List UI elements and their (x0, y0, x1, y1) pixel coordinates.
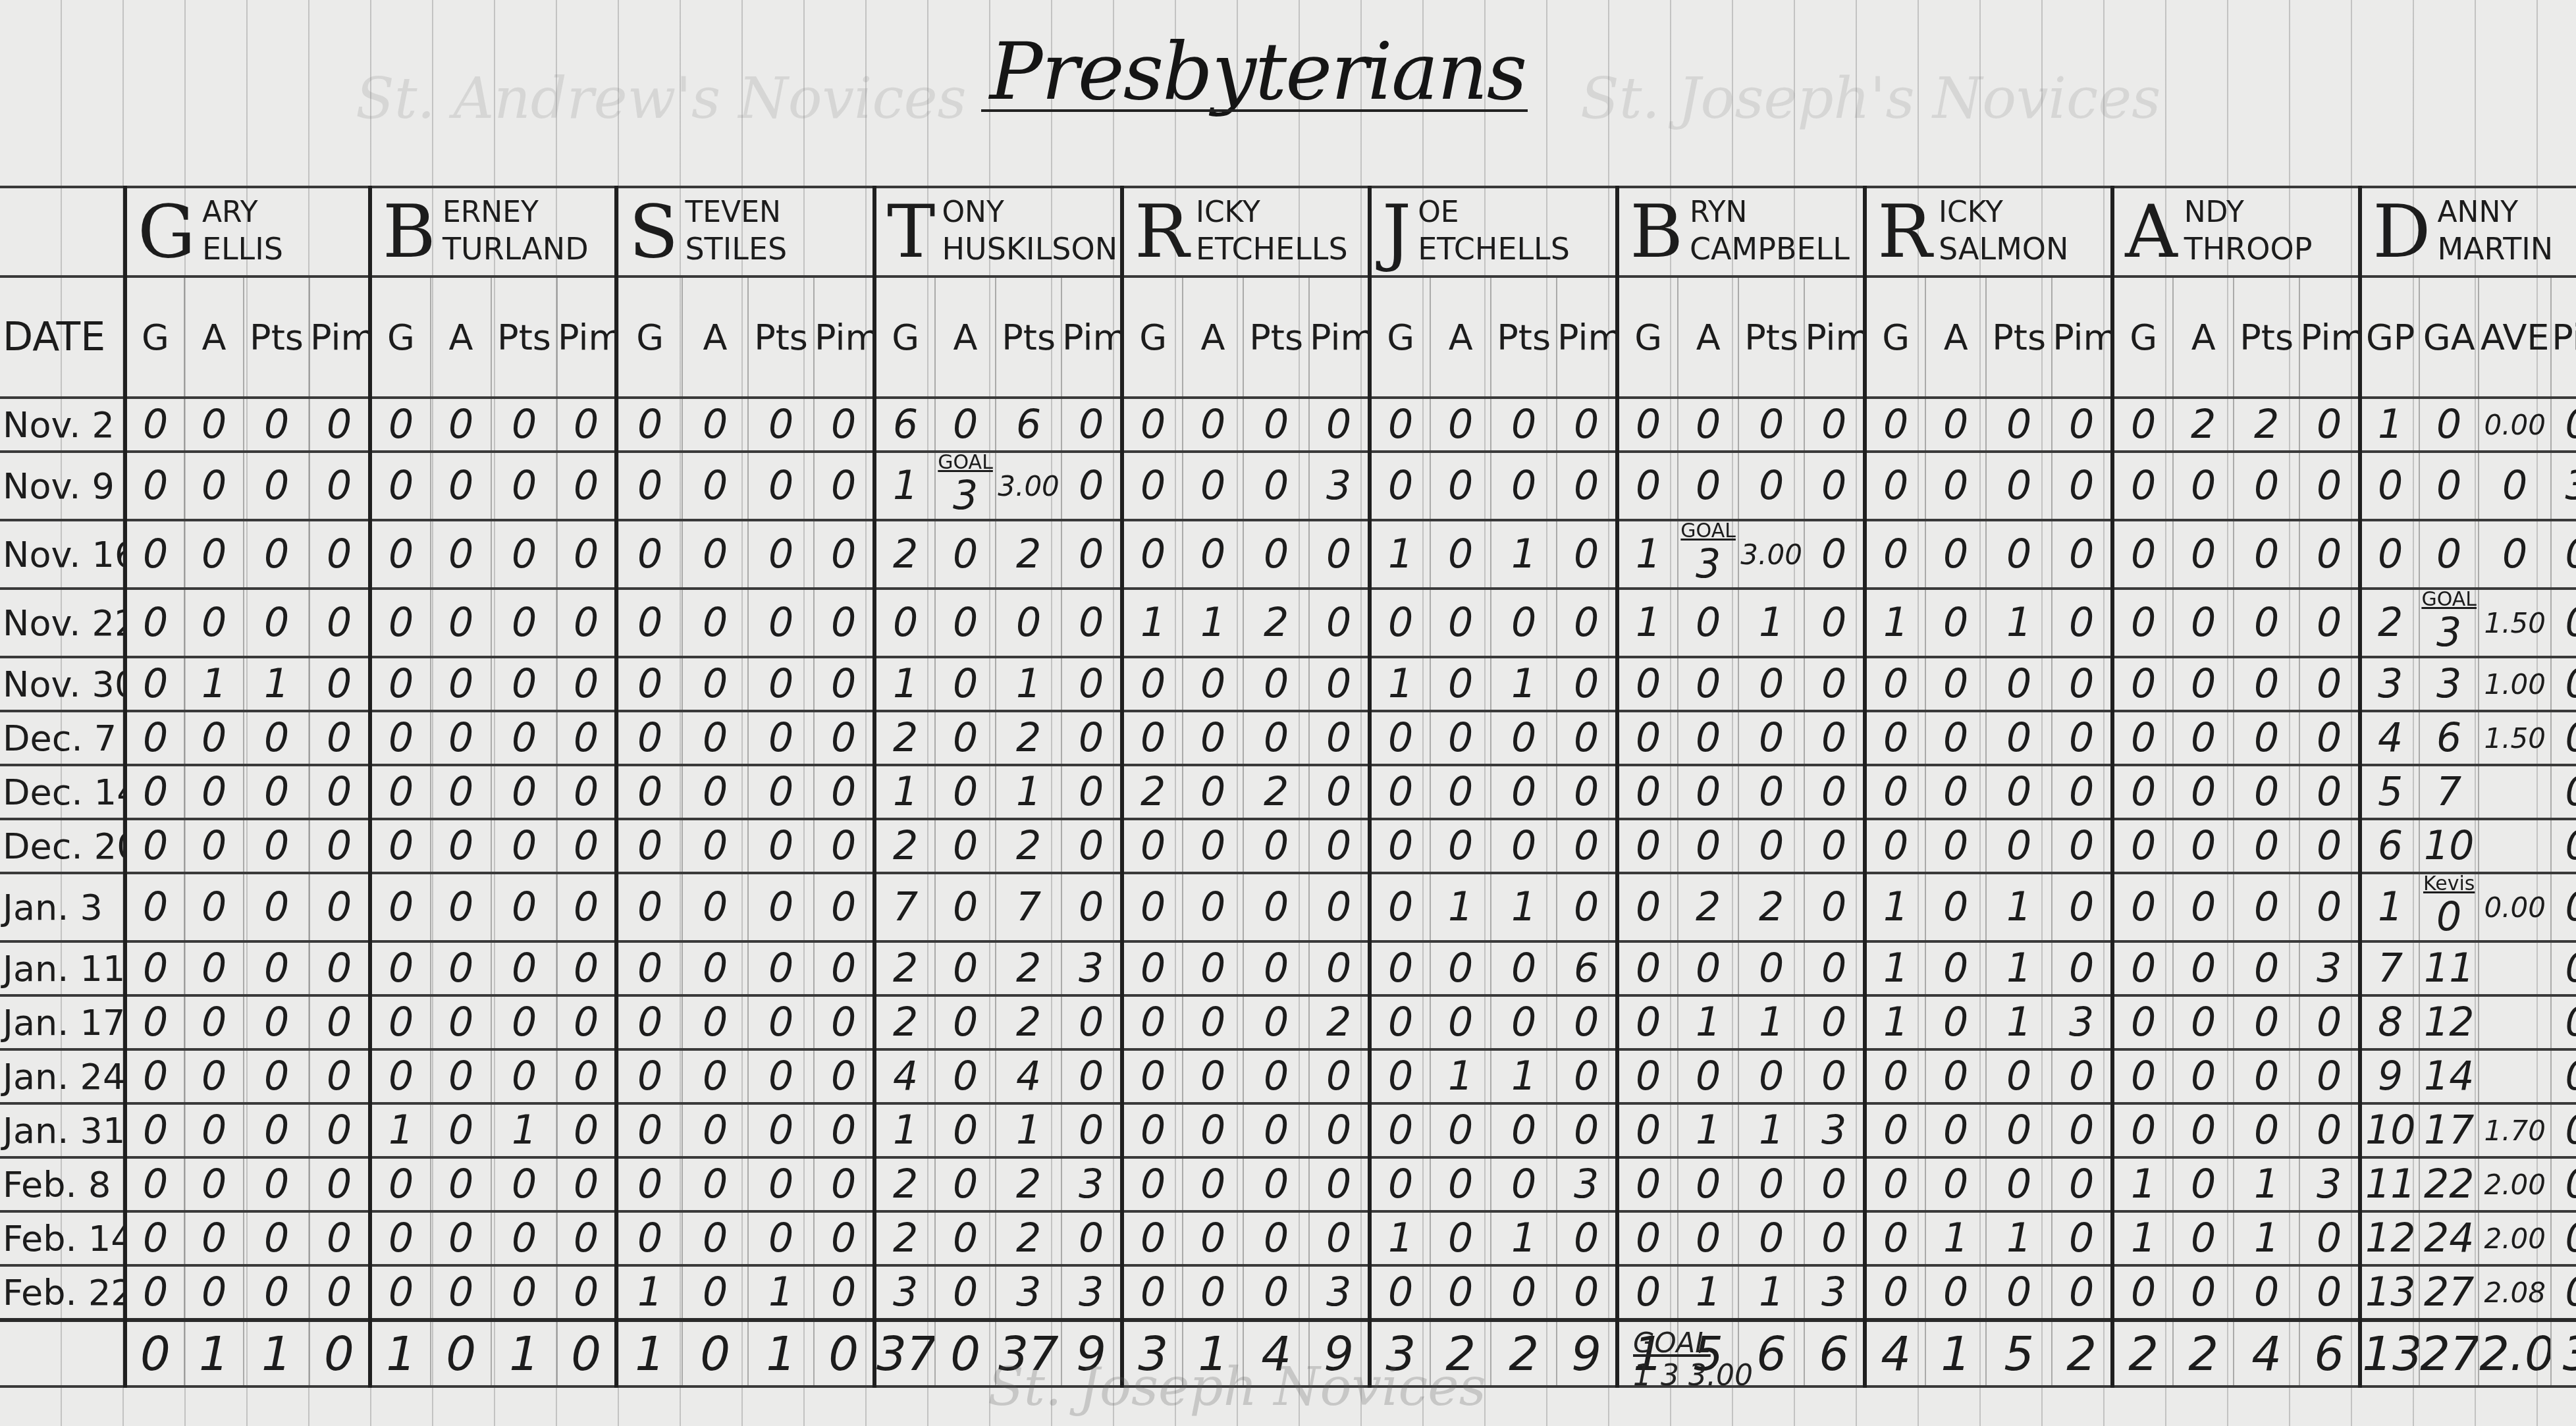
cell-value: 0 (1326, 661, 1351, 707)
stat-cell: 0 (1804, 589, 1865, 657)
stat-cell: 0 (682, 1211, 748, 1265)
game-row: Dec. 20000000000000202000000000000000000… (0, 819, 2576, 873)
stat-cell: 3 (996, 1265, 1061, 1320)
cell-value: 0 (1696, 402, 1721, 448)
cell-value: 0 (1079, 884, 1104, 930)
cell-value: 0 (831, 531, 856, 577)
cell-value: 0 (1388, 1107, 1413, 1153)
stat-cell: 0 (1370, 1049, 1430, 1103)
cell-value: 1 (2378, 402, 2403, 448)
cell-value: 1 (1016, 1107, 1041, 1153)
total-cell: 1 (244, 1320, 309, 1386)
stat-cell: 0 (244, 1103, 309, 1157)
stat-cell: 0 (491, 941, 557, 995)
stat-cell: 0 (682, 1103, 748, 1157)
cell-value: 1 (1511, 1053, 1536, 1099)
stat-cell: 0 (1061, 520, 1122, 589)
stat-cell: 0 (184, 1049, 244, 1103)
stat-cell: 0 (1925, 995, 1986, 1049)
stat-cell: 0 (1804, 657, 1865, 711)
cell-value: 0 (389, 1269, 414, 1315)
stat-cell: 0 (1804, 452, 1865, 520)
cell-value: 0 (703, 463, 728, 509)
stat-cell: 0 (125, 452, 184, 520)
stat-cell: 0 (814, 1049, 874, 1103)
stat-cell: 2 (874, 1157, 935, 1211)
cell-value: 0 (2069, 769, 2094, 815)
cell-value: 0 (1574, 1269, 1599, 1315)
stat-cell: 0 (1183, 398, 1243, 452)
stat-cell: 0 (184, 941, 244, 995)
stat-cell: 0 (2112, 452, 2173, 520)
cell-value: 0 (1696, 1215, 1721, 1261)
player-header-7: BRYNCAMPBELL (1617, 187, 1865, 277)
cell-value: 0 (1264, 1269, 1289, 1315)
stat-cell: 0 (1430, 1103, 1491, 1157)
player-initial: D (2373, 196, 2430, 268)
cell-value: 0 (2069, 463, 2094, 509)
stat-cell: 0 (309, 1211, 370, 1265)
column-header-g: G (125, 277, 184, 398)
stat-cell: 0 (2551, 1103, 2576, 1157)
cell-value: 0 (1079, 999, 1104, 1045)
cell-value: 1 (893, 1107, 918, 1153)
stat-cell: 0 (1617, 765, 1678, 819)
cell-value: 0 (2191, 884, 2216, 930)
stat-cell: 0 (1183, 1265, 1243, 1320)
stat-cell: 0 (1678, 1211, 1738, 1265)
cell-value: 6 (893, 402, 918, 448)
stat-cell: 0 (748, 398, 814, 452)
cell-value: 6 (1756, 1326, 1786, 1381)
cell-value: 0 (1326, 769, 1351, 815)
stat-cell: 0 (1122, 657, 1183, 711)
total-cell: 13 (2360, 1320, 2419, 1386)
stat-cell: 0 (935, 589, 996, 657)
stat-cell: 3 (1309, 1265, 1370, 1320)
cell-value: 0 (1821, 600, 1846, 646)
stat-cell: 7 (874, 873, 935, 941)
cell-value: 1 (2131, 1161, 2156, 1207)
cell-value: 0 (1574, 463, 1599, 509)
stat-cell: 4 (874, 1049, 935, 1103)
stat-cell: 0 (935, 941, 996, 995)
cell-note: GOAL (936, 453, 995, 473)
stat-cell: 0 (125, 1103, 184, 1157)
cell-value: 0 (1140, 945, 1166, 991)
stat-cell: 0 (1865, 452, 1925, 520)
stat-cell: 0 (431, 1211, 491, 1265)
stat-cell: 0 (2299, 398, 2360, 452)
cell-value: 6 (1574, 945, 1599, 991)
player-initial: G (138, 196, 196, 268)
cell-value: 0 (1079, 531, 1104, 577)
total-cell: 37 (874, 1320, 935, 1386)
game-date: Nov. 2 (0, 398, 125, 452)
cell-value: 0 (2069, 1053, 2094, 1099)
cell-value: 0 (2191, 463, 2216, 509)
cell-value: 0 (1326, 1215, 1351, 1261)
cell-value: 0 (703, 661, 728, 707)
stat-cell: 3 (1804, 1103, 1865, 1157)
stat-cell: 1 (1491, 1211, 1557, 1265)
stat-cell: 0 (1370, 452, 1430, 520)
cell-value: 0 (2191, 945, 2216, 991)
player-initial: J (1382, 196, 1411, 268)
stat-cell (2479, 1049, 2551, 1103)
ghost-text-right: St. Joseph's Novices (1580, 66, 2160, 132)
cell-value: 0 (953, 945, 978, 991)
stat-cell: 0 (370, 657, 431, 711)
cell-value: 0 (574, 1269, 599, 1315)
stat-cell: 0 (1617, 452, 1678, 520)
cell-value: 0 (327, 884, 352, 930)
cell-value: 1 (1388, 661, 1413, 707)
stat-cell: 0 (309, 765, 370, 819)
cell-value: 0 (201, 999, 227, 1045)
stat-cell: 6 (2419, 711, 2479, 765)
cell-value: 0 (1821, 769, 1846, 815)
stat-cell: 0 (309, 520, 370, 589)
stat-cell: 0 (2173, 589, 2234, 657)
cell-value: 0 (1388, 463, 1413, 509)
stat-cell: 0 (935, 765, 996, 819)
cell-value: 0 (143, 1107, 168, 1153)
stat-cell: 0 (748, 452, 814, 520)
cell-value: 0 (768, 1053, 793, 1099)
cell-value: 0 (2006, 463, 2031, 509)
column-header-ave: AVE (2479, 277, 2551, 398)
stat-cell: 0 (184, 1265, 244, 1320)
cell-value: 1 (389, 1107, 414, 1153)
cell-value: 1 (512, 1107, 537, 1153)
stat-cell: 0 (370, 1265, 431, 1320)
stat-cell: 0 (616, 1157, 682, 1211)
cell-value: 3 (2378, 661, 2403, 707)
cell-value: 0 (1326, 1107, 1351, 1153)
stat-cell: 0 (935, 1265, 996, 1320)
stat-cell: 0 (1183, 657, 1243, 711)
cell-value: 0 (201, 600, 227, 646)
stat-cell: 0 (616, 452, 682, 520)
cell-value: 0 (448, 1107, 473, 1153)
cell-value: 0 (201, 531, 227, 577)
stat-cell: 0 (557, 765, 616, 819)
game-date: Jan. 3 (0, 873, 125, 941)
cell-value: 0 (389, 1161, 414, 1207)
cell-value: 2 (1264, 600, 1289, 646)
stat-cell: 0 (1061, 873, 1122, 941)
cell-value: 2 (893, 1161, 918, 1207)
cell-value: 0 (768, 945, 793, 991)
cell-value: 0 (2006, 715, 2031, 761)
cell-value: 0 (703, 823, 728, 869)
cell-value: 0 (264, 600, 289, 646)
cell-value: 0 (768, 884, 793, 930)
cell-value: 0 (327, 531, 352, 577)
cell-value: 2 (2066, 1326, 2097, 1381)
cell-value: 0 (2069, 945, 2094, 991)
cell-value: 0 (703, 1107, 728, 1153)
stat-cell: 0 (2299, 1265, 2360, 1320)
stat-cell: 0 (1430, 819, 1491, 873)
stat-cell: 0 (1243, 941, 1309, 995)
stat-cell: 4 (2360, 711, 2419, 765)
cell-value: 2 (1696, 884, 1721, 930)
stat-cell: 0 (1061, 1211, 1122, 1265)
cell-value: 0 (637, 402, 662, 448)
stat-cell: 0 (616, 520, 682, 589)
cell-value: 0 (1574, 1215, 1599, 1261)
cell-value: 0 (2565, 999, 2576, 1045)
cell-value: 0 (1448, 1107, 1473, 1153)
cell-value: 0 (1821, 463, 1846, 509)
stat-cell: 1 (2234, 1157, 2299, 1211)
stat-cell: 10 (2419, 819, 2479, 873)
cell-value: 0 (893, 600, 918, 646)
stat-cell: 0 (1309, 1157, 1370, 1211)
stat-cell: 0 (1986, 452, 2052, 520)
cell-value: 4 (2378, 715, 2403, 761)
stat-cell: 0 (2112, 1103, 2173, 1157)
stat-cell: 0 (2299, 819, 2360, 873)
cell-value: 0 (264, 769, 289, 815)
stat-cell: 0 (1738, 1211, 1804, 1265)
stat-cell: 0 (1804, 765, 1865, 819)
player-last-name: ETCHELLS (1382, 234, 1615, 264)
stat-cell: 0 (1617, 995, 1678, 1049)
stat-cell: 0 (370, 995, 431, 1049)
cell-value: 0 (201, 884, 227, 930)
total-cell: 1 (184, 1320, 244, 1386)
stat-cell: 0 (1122, 995, 1183, 1049)
stat-cell: 0 (491, 589, 557, 657)
column-header-pim: Pim (1061, 277, 1122, 398)
cell-value: 0 (1821, 1161, 1846, 1207)
game-date: Dec. 7 (0, 711, 125, 765)
cell-value: 1 (1016, 769, 1041, 815)
game-date: Jan. 24 (0, 1049, 125, 1103)
stat-cell: 0 (1865, 520, 1925, 589)
cell-value: 0 (2069, 600, 2094, 646)
stat-cell: 0 (1243, 1049, 1309, 1103)
cell-value: 0 (831, 661, 856, 707)
stat-cell: 0 (2551, 657, 2576, 711)
stat-cell: 2 (2360, 589, 2419, 657)
stat-cell: 2 (1309, 995, 1370, 1049)
stat-cell: 0 (1243, 520, 1309, 589)
cell-value: 0 (953, 999, 978, 1045)
stat-cell: 2.00 (2479, 1211, 2551, 1265)
stat-cell: 0 (1925, 711, 1986, 765)
cell-value: 0 (637, 884, 662, 930)
cell-value: 0 (2254, 463, 2279, 509)
cell-value: 0 (1511, 463, 1536, 509)
cell-value: 1 (386, 1326, 416, 1381)
column-header-pts: Pts (2234, 277, 2299, 398)
game-date: Nov. 9 (0, 452, 125, 520)
stat-cell: 0 (1678, 711, 1738, 765)
stat-cell: GOAL3 (2419, 589, 2479, 657)
cell-value: 0 (1943, 463, 1968, 509)
cell-value: 1 (1759, 999, 1784, 1045)
player-header-5: RICKYETCHELLS (1122, 187, 1370, 277)
stat-cell: 0 (682, 657, 748, 711)
game-date: Jan. 31 (0, 1103, 125, 1157)
cell-value: 0 (1574, 531, 1599, 577)
cell-value: 0 (1636, 1161, 1661, 1207)
cell-value: 0 (1079, 715, 1104, 761)
stat-cell: 14 (2419, 1049, 2479, 1103)
stat-cell: 0 (125, 398, 184, 452)
stat-cell: 0 (1491, 1103, 1557, 1157)
stat-cell: 0 (1925, 1103, 1986, 1157)
stat-cell: 0 (1617, 1103, 1678, 1157)
cell-value: 0 (2069, 1215, 2094, 1261)
stat-cell: 0 (370, 765, 431, 819)
cell-value: 1 (1448, 884, 1473, 930)
stat-cell: 0 (491, 819, 557, 873)
cell-value: 11 (2424, 945, 2474, 991)
column-header-a: A (1183, 277, 1243, 398)
stat-cell: 0 (491, 1049, 557, 1103)
stat-cell: 0 (2052, 589, 2112, 657)
stat-cell: 0 (1370, 873, 1430, 941)
stat-cell: 0 (244, 589, 309, 657)
stat-cell: 0 (1061, 995, 1122, 1049)
cell-value: 0 (1883, 715, 1908, 761)
cell-value: 0 (140, 1326, 171, 1381)
cell-value: 0 (389, 769, 414, 815)
cell-value: 0 (201, 1053, 227, 1099)
stat-cell: 0 (682, 819, 748, 873)
stat-cell: 0 (1986, 1049, 2052, 1103)
stat-cell: 0 (1370, 819, 1430, 873)
cell-value: 0 (264, 1269, 289, 1315)
cell-value: 0 (2254, 999, 2279, 1045)
stat-cell: 0 (370, 711, 431, 765)
cell-value: 3.00 (998, 470, 1060, 502)
cell-value: 0 (1636, 715, 1661, 761)
stat-cell: 3.00 (1738, 520, 1804, 589)
cell-value: 0 (1636, 463, 1661, 509)
stat-cell: 0 (1925, 452, 1986, 520)
stat-cell: 1 (184, 657, 244, 711)
cell-value: 0 (143, 531, 168, 577)
stat-cell: 0 (125, 1157, 184, 1211)
cell-value: 0 (2191, 823, 2216, 869)
cell-value: 3 (2565, 463, 2576, 509)
stat-cell: 0 (2234, 520, 2299, 589)
stat-cell: 0 (2299, 873, 2360, 941)
stat-cell: 0 (1122, 1211, 1183, 1265)
game-row: Jan. 30000000000007070000001100220101000… (0, 873, 2576, 941)
game-row: Jan. 17000000000000202000020000011010130… (0, 995, 2576, 1049)
player-initial: B (383, 196, 436, 268)
stat-cell: 0 (2234, 1103, 2299, 1157)
game-row: Nov. 90000000000001GOAL33.00000030000000… (0, 452, 2576, 520)
stat-cell: 1 (1370, 520, 1430, 589)
cell-value: 0 (1326, 884, 1351, 930)
cell-value: 0 (327, 1161, 352, 1207)
cell-value: 0 (389, 823, 414, 869)
stat-cell: 0 (1925, 1049, 1986, 1103)
stat-cell: 0 (1804, 398, 1865, 452)
stat-cell: 0 (125, 1211, 184, 1265)
player-initial: S (629, 196, 678, 268)
column-header-pim: Pim (1309, 277, 1370, 398)
cell-value: 0 (201, 769, 227, 815)
ghost-text-left: St. Andrew's Novices (356, 66, 967, 132)
game-row: Nov. 22000000000000000011200000101010100… (0, 589, 2576, 657)
stat-cell: 0 (1061, 398, 1122, 452)
cell-value: 0 (1200, 1269, 1225, 1315)
stat-cell: 0 (2052, 765, 2112, 819)
cell-value: 0 (2436, 531, 2461, 577)
cell-value: 0 (448, 823, 473, 869)
stat-cell: 0 (2052, 819, 2112, 873)
cell-value: 5 (2004, 1326, 2034, 1381)
cell-value: 0 (1200, 1215, 1225, 1261)
cell-value: 0 (2378, 531, 2403, 577)
stat-cell: 0 (431, 941, 491, 995)
cell-value: 0 (2254, 600, 2279, 646)
stat-cell: 0 (1491, 1157, 1557, 1211)
cell-value: 0 (703, 999, 728, 1045)
stat-cell: 3 (1061, 1157, 1122, 1211)
cell-value: 0 (2069, 823, 2094, 869)
cell-value: 3 (893, 1269, 918, 1315)
cell-value: 0 (2565, 1161, 2576, 1207)
stat-cell: 0 (309, 589, 370, 657)
stat-cell: 1 (1738, 589, 1804, 657)
cell-value: 1 (1696, 1107, 1721, 1153)
stat-cell: 0 (557, 1211, 616, 1265)
stat-cell: 0 (2052, 520, 2112, 589)
cell-value: 0 (2191, 531, 2216, 577)
stat-cell: 27 (2419, 1265, 2479, 1320)
cell-value: 0 (2131, 715, 2156, 761)
stat-cell: 0 (1309, 711, 1370, 765)
game-row: Feb. 14000000000000202000001010000001101… (0, 1211, 2576, 1265)
cell-value: 1 (1943, 1215, 1968, 1261)
stat-cell: 0 (2419, 520, 2479, 589)
cell-value: 0 (831, 823, 856, 869)
cell-value: 0 (1574, 1107, 1599, 1153)
stat-cell: 0 (1430, 398, 1491, 452)
cell-value: 4 (2251, 1326, 2282, 1381)
stat-cell: 0 (1617, 711, 1678, 765)
stat-cell: 0 (814, 452, 874, 520)
total-cell: 0 (431, 1320, 491, 1386)
cell-value: 0 (143, 945, 168, 991)
cell-value: 0 (2006, 402, 2031, 448)
stat-cell: 0 (1491, 711, 1557, 765)
stat-cell: 0 (1122, 1049, 1183, 1103)
cell-value: 0 (1943, 945, 1968, 991)
stat-cell: 0 (616, 589, 682, 657)
cell-value: 0 (2131, 1107, 2156, 1153)
cell-value: 0 (448, 1269, 473, 1315)
cell-value: 0 (2436, 463, 2461, 509)
stat-cell: 0 (1557, 657, 1617, 711)
cell-value: 1 (2006, 945, 2031, 991)
cell-value: 1 (2254, 1161, 2279, 1207)
game-date: Dec. 14 (0, 765, 125, 819)
cell-value: 0 (1759, 715, 1784, 761)
cell-value: 2 (1264, 769, 1289, 815)
column-header-g: G (1370, 277, 1430, 398)
